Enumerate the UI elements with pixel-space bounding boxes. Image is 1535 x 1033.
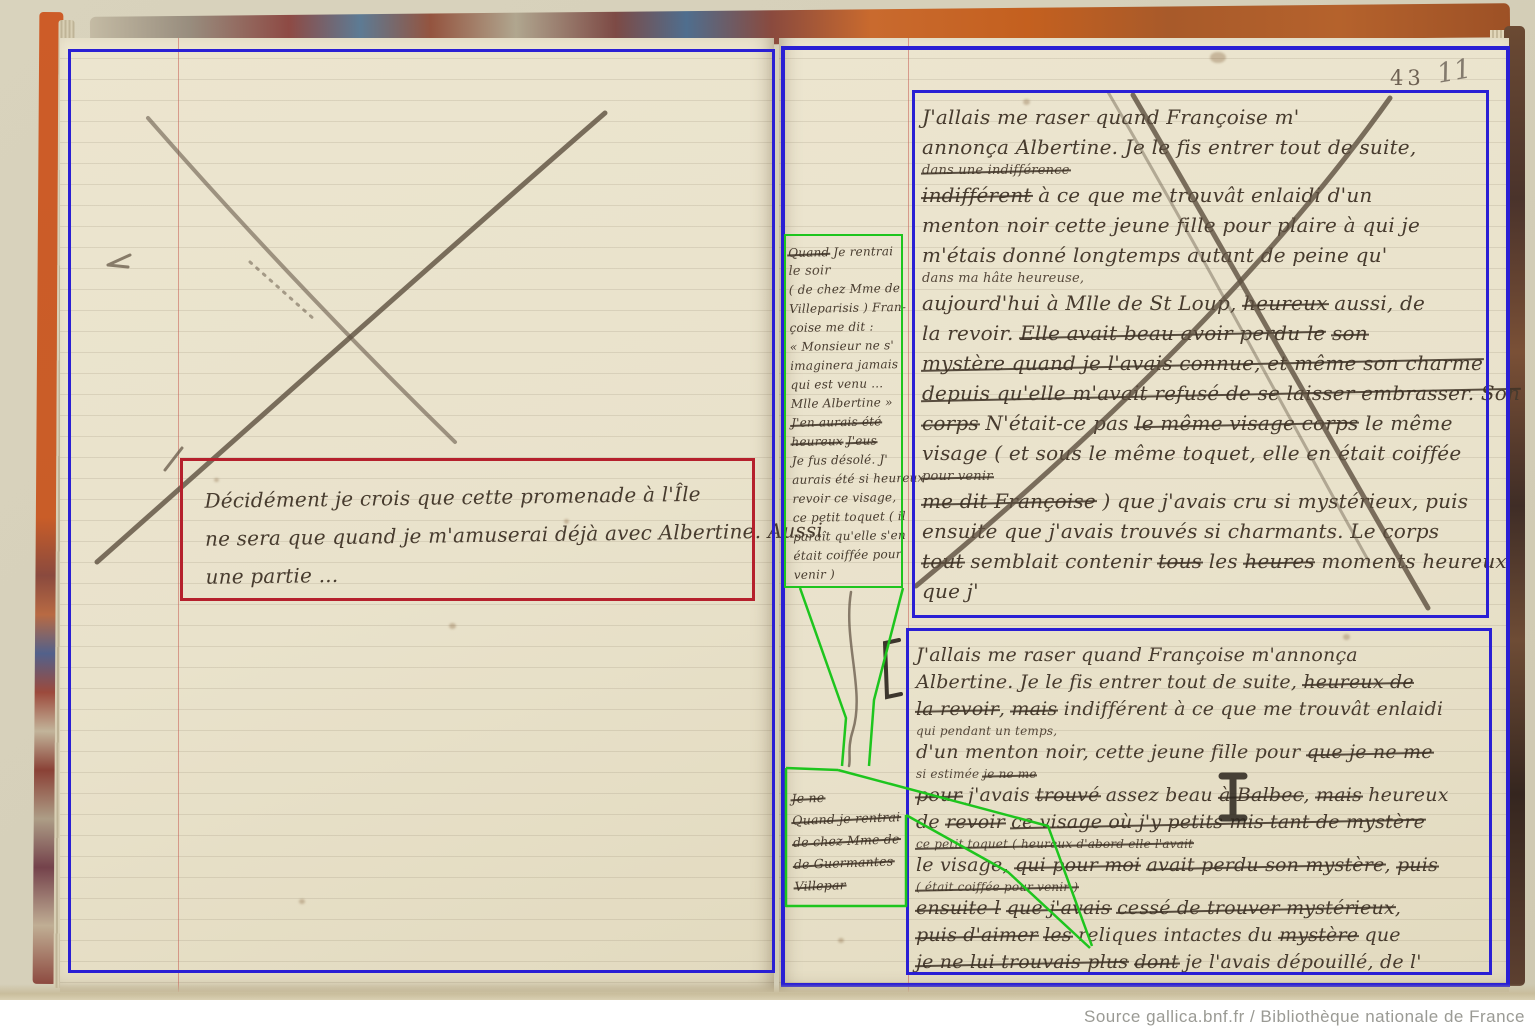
right-page-bottom-paragraph: J'allais me raser quand Françoise m'anno…	[916, 642, 1488, 976]
handwritten-line: paraît qu'elle s'en	[793, 526, 903, 547]
right-page-margin-rule	[908, 38, 909, 992]
handwritten-line: mystère quand je l'avais connue, et même…	[922, 348, 1488, 378]
right-page-margin-note: Quand Je rentraile soir( de chez Mme deV…	[788, 242, 904, 585]
handwritten-folio-number: 11	[1435, 53, 1474, 89]
printed-folio-number: 43	[1390, 66, 1425, 90]
paper-stain	[1343, 634, 1350, 640]
handwritten-line: pour venir	[922, 468, 1488, 486]
handwritten-line: visage ( et sous le même toquet, elle en…	[922, 438, 1488, 468]
handwritten-line: si estimée je ne me	[916, 766, 1488, 782]
left-page-boxed-passage: Décidément je crois que cette promenade …	[204, 474, 751, 596]
handwritten-line: revoir ce visage,	[792, 488, 902, 509]
handwritten-line: J'en aurais été	[791, 412, 901, 433]
paper-stain	[838, 938, 844, 943]
handwritten-line: le visage, qui pour moi avait perdu son …	[916, 852, 1488, 879]
handwritten-line: corps N'était-ce pas le même visage corp…	[922, 408, 1488, 438]
handwritten-line: venir )	[794, 564, 904, 585]
handwritten-line: dans une indifférence	[922, 162, 1488, 180]
paper-stain	[449, 623, 456, 629]
handwritten-line: la revoir. Elle avait beau avoir perdu l…	[922, 318, 1488, 348]
handwritten-line: ne sera que quand je m'amuserai déjà ave…	[205, 512, 750, 558]
handwritten-line: depuis qu'elle m'avait refusé de se lais…	[922, 378, 1488, 408]
handwritten-line: J'allais me raser quand Françoise m'	[922, 102, 1488, 132]
left-page-margin-rule	[178, 38, 179, 992]
handwritten-line: Albertine. Je le fis entrer tout de suit…	[916, 669, 1488, 696]
handwritten-line: J'allais me raser quand Françoise m'anno…	[916, 642, 1488, 669]
handwritten-line: tout semblait contenir tous les heures m…	[922, 546, 1488, 576]
handwritten-line: ce petit toquet ( heureux d'abord elle l…	[916, 836, 1488, 852]
handwritten-line: la revoir, mais indifférent à ce que me …	[916, 696, 1488, 723]
paper-stain	[1210, 52, 1226, 63]
source-attribution-text: Source gallica.bnf.fr / Bibliothèque nat…	[1084, 1007, 1535, 1027]
handwritten-line: menton noir cette jeune fille pour plair…	[922, 210, 1488, 240]
handwritten-line: me dit Françoise ) que j'avais cru si my…	[922, 486, 1488, 516]
handwritten-line: d'un menton noir, cette jeune fille pour…	[916, 739, 1488, 766]
manuscript-scan-view: 43 11 Décidément je crois que cette prom…	[0, 0, 1535, 1033]
source-attribution-bar: Source gallica.bnf.fr / Bibliothèque nat…	[0, 1000, 1535, 1033]
right-page-top-paragraph: J'allais me raser quand Françoise m'anno…	[922, 102, 1488, 606]
handwritten-line: heureux J'eus	[791, 431, 901, 452]
handwritten-line: annonça Albertine. Je le fis entrer tout…	[922, 132, 1488, 162]
handwritten-line: çoise me dit :	[789, 317, 899, 338]
handwritten-line: puis d'aimer les reliques intactes du my…	[916, 922, 1488, 949]
handwritten-line: indifférent à ce que me trouvât enlaidi …	[922, 180, 1488, 210]
handwritten-line: de revoir ce visage où j'y petits mis ta…	[916, 809, 1488, 836]
handwritten-line: Je fus désolé. J'	[792, 450, 902, 471]
handwritten-line: dans ma hâte heureuse,	[922, 270, 1488, 288]
handwritten-line: pour j'avais trouvé assez beau à Balbec,…	[916, 782, 1488, 809]
handwritten-line: de Guermantes	[793, 850, 904, 876]
handwritten-line: était coiffée pour	[793, 545, 903, 566]
handwritten-line: Villeparisis ) Fran-	[789, 298, 899, 319]
handwritten-line: le soir	[788, 261, 898, 281]
handwritten-line: Villepar	[794, 872, 905, 898]
right-page-lower-margin-note: Je neQuand je rentraide chez Mme dede Gu…	[791, 784, 905, 898]
handwritten-line: Mlle Albertine »	[791, 393, 901, 414]
photo-bottom-edge	[0, 984, 1535, 1000]
handwritten-line: que j'	[922, 576, 1488, 606]
handwritten-line: m'étais donné longtemps autant de peine …	[922, 240, 1488, 270]
handwritten-line: ensuite l que j'avais cessé de trouver m…	[916, 895, 1488, 922]
handwritten-line: ensuite que j'avais trouvés si charmants…	[922, 516, 1488, 546]
handwritten-line: qui pendant un temps,	[916, 723, 1488, 739]
handwritten-line: je ne lui trouvais plus dont je l'avais …	[916, 949, 1488, 976]
handwritten-line: Quand Je rentrai	[788, 242, 898, 263]
handwritten-line: qui est venu ...	[790, 374, 900, 395]
handwritten-line: imaginera jamais	[790, 355, 900, 376]
paper-stain	[299, 899, 305, 904]
handwritten-line: « Monsieur ne s'	[790, 336, 900, 357]
handwritten-line: ( était coiffée pour venir )	[916, 879, 1488, 895]
handwritten-line: ce petit toquet ( il	[793, 507, 903, 528]
handwritten-line: aurais été si heureux	[792, 469, 902, 490]
handwritten-line: ( de chez Mme de	[789, 279, 899, 300]
handwritten-line: aujourd'hui à Mlle de St Loup, heureux a…	[922, 288, 1488, 318]
handwritten-line: une partie ...	[205, 550, 750, 596]
